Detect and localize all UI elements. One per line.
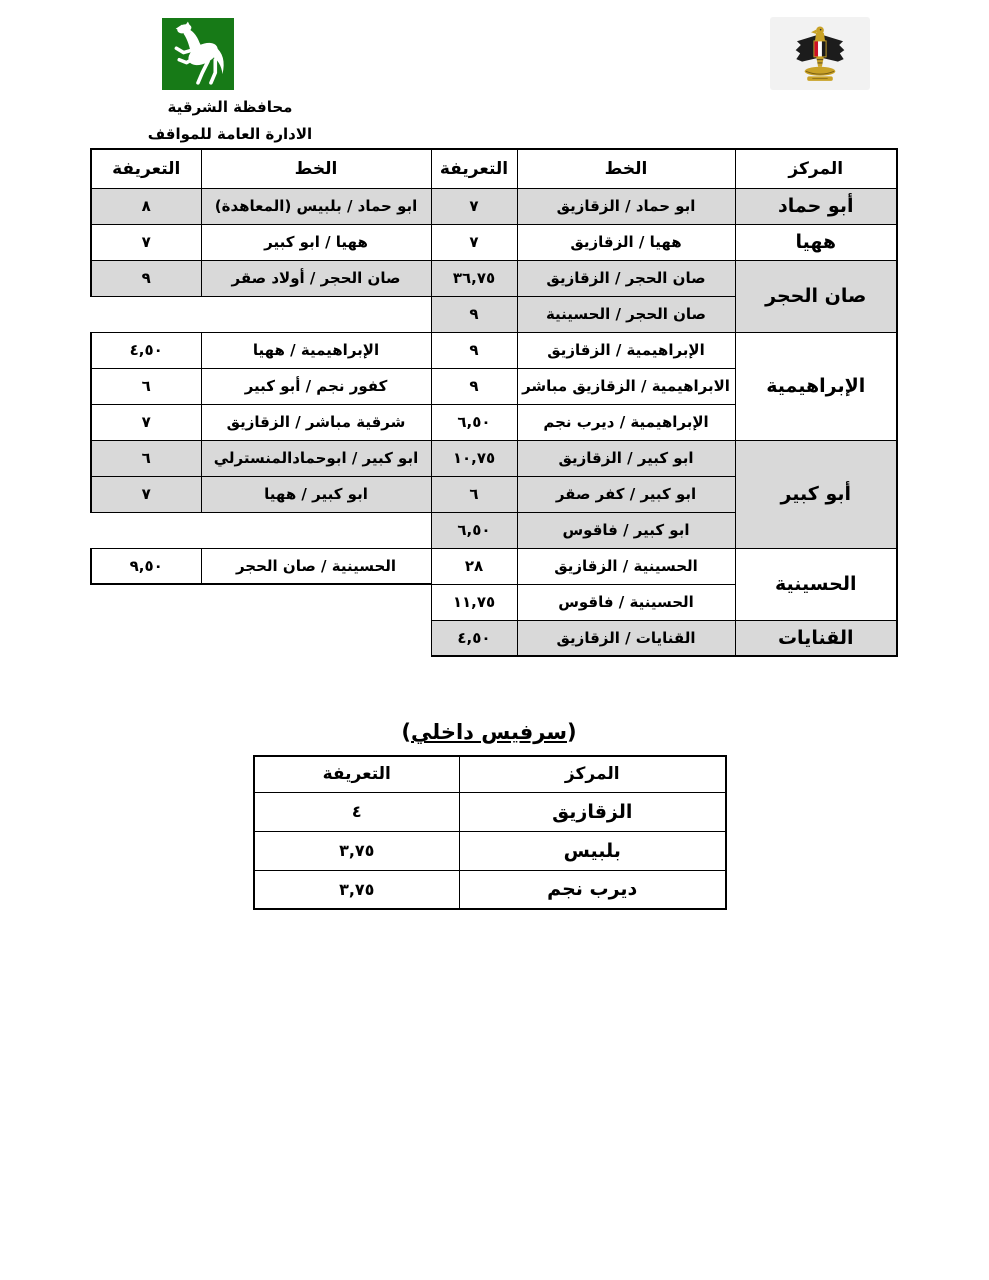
table-row: صان الحجر صان الحجر / الزقازيق ٣٦,٧٥ صان… bbox=[91, 260, 897, 296]
header-tariff: التعريفة bbox=[254, 756, 459, 792]
header-line-2: الخط bbox=[201, 149, 431, 188]
eagle-icon bbox=[788, 20, 852, 88]
tariff-cell: ٦ bbox=[91, 368, 201, 404]
route-cell: كفور نجم / أبو كبير bbox=[201, 368, 431, 404]
tariff-cell: ٦ bbox=[431, 476, 517, 512]
tariff-cell: ٩ bbox=[431, 296, 517, 332]
internal-service-header-row: المركز التعريفة bbox=[254, 756, 726, 792]
route-cell: ابو كبير / كفر صقر bbox=[517, 476, 735, 512]
table-row: الحسينية الحسينية / الزقازيق ٢٨ الحسينية… bbox=[91, 548, 897, 584]
header-line-1: الخط bbox=[517, 149, 735, 188]
tariff-cell: ٦,٥٠ bbox=[431, 512, 517, 548]
header-center: المركز bbox=[735, 149, 897, 188]
department-name: الادارة العامة للمواقف bbox=[110, 121, 350, 148]
center-cell: الإبراهيمية bbox=[735, 332, 897, 440]
tariff-cell: ٣,٧٥ bbox=[254, 870, 459, 909]
tariff-cell: ٣,٧٥ bbox=[254, 831, 459, 870]
tariff-cell: ٧ bbox=[91, 404, 201, 440]
tariff-cell: ٤,٥٠ bbox=[431, 620, 517, 656]
tariff-cell: ١١,٧٥ bbox=[431, 584, 517, 620]
center-cell: صان الحجر bbox=[735, 260, 897, 332]
tariff-cell: ٧ bbox=[91, 476, 201, 512]
header-center: المركز bbox=[459, 756, 726, 792]
tariff-cell: ٩ bbox=[431, 332, 517, 368]
tariff-cell: ٤ bbox=[254, 792, 459, 831]
center-cell: أبو حماد bbox=[735, 188, 897, 224]
header-tariff-2: التعريفة bbox=[91, 149, 201, 188]
tariff-cell: ١٠,٧٥ bbox=[431, 440, 517, 476]
route-cell: ههيا / الزقازيق bbox=[517, 224, 735, 260]
governorate-name: محافظة الشرقية bbox=[110, 94, 350, 121]
route-cell: ابو كبير / ابوحمادالمنسترلي bbox=[201, 440, 431, 476]
header-tariff-1: التعريفة bbox=[431, 149, 517, 188]
tariff-cell: ٨ bbox=[91, 188, 201, 224]
tariff-table: المركز الخط التعريفة الخط التعريفة أبو ح… bbox=[90, 148, 898, 657]
table-row: ديرب نجم ٣,٧٥ bbox=[254, 870, 726, 909]
document-page: { "header": { "governorate": "محافظة الش… bbox=[0, 0, 989, 1280]
route-cell: صان الحجر / الحسينية bbox=[517, 296, 735, 332]
route-cell: ابو كبير / فاقوس bbox=[517, 512, 735, 548]
center-cell: القنايات bbox=[735, 620, 897, 656]
internal-service-title: (سرفيس داخلي) bbox=[253, 720, 725, 744]
center-cell: ههيا bbox=[735, 224, 897, 260]
tariff-cell: ٧ bbox=[431, 224, 517, 260]
paren-open: ( bbox=[567, 720, 577, 744]
table-row: أبو كبير ابو كبير / الزقازيق ١٠,٧٥ ابو ك… bbox=[91, 440, 897, 476]
center-cell: الحسينية bbox=[735, 548, 897, 620]
title-text: سرفيس داخلي bbox=[411, 720, 567, 744]
route-cell: الإبراهيمية / ههيا bbox=[201, 332, 431, 368]
empty-cell bbox=[91, 620, 431, 656]
table-row: القنايات القنايات / الزقازيق ٤,٥٠ bbox=[91, 620, 897, 656]
table-row: أبو حماد ابو حماد / الزقازيق ٧ ابو حماد … bbox=[91, 188, 897, 224]
tariff-cell: ٢٨ bbox=[431, 548, 517, 584]
route-cell: شرقية مباشر / الزقازيق bbox=[201, 404, 431, 440]
tariff-cell: ٣٦,٧٥ bbox=[431, 260, 517, 296]
tariff-cell: ٩,٥٠ bbox=[91, 548, 201, 584]
route-cell: صان الحجر / أولاد صقر bbox=[201, 260, 431, 296]
route-cell: الحسينية / صان الحجر bbox=[201, 548, 431, 584]
paren-close: ) bbox=[401, 720, 411, 744]
center-cell: ديرب نجم bbox=[459, 870, 726, 909]
tariff-cell: ٩ bbox=[91, 260, 201, 296]
route-cell: الابراهيمية / الزقازيق مباشر bbox=[517, 368, 735, 404]
route-cell: صان الحجر / الزقازيق bbox=[517, 260, 735, 296]
tariff-table-header-row: المركز الخط التعريفة الخط التعريفة bbox=[91, 149, 897, 188]
route-cell: ابو كبير / الزقازيق bbox=[517, 440, 735, 476]
route-cell: ابو حماد / الزقازيق bbox=[517, 188, 735, 224]
center-cell: بلبيس bbox=[459, 831, 726, 870]
tariff-cell: ٦ bbox=[91, 440, 201, 476]
tariff-cell: ٩ bbox=[431, 368, 517, 404]
empty-cell bbox=[91, 512, 431, 548]
center-cell: الزقازيق bbox=[459, 792, 726, 831]
tariff-cell: ٦,٥٠ bbox=[431, 404, 517, 440]
empty-cell bbox=[91, 584, 431, 620]
route-cell: ههيا / ابو كبير bbox=[201, 224, 431, 260]
route-cell: القنايات / الزقازيق bbox=[517, 620, 735, 656]
org-header: محافظة الشرقية الادارة العامة للمواقف bbox=[110, 94, 350, 148]
table-row: الإبراهيمية الإبراهيمية / الزقازيق ٩ الإ… bbox=[91, 332, 897, 368]
tariff-cell: ٧ bbox=[431, 188, 517, 224]
table-row: بلبيس ٣,٧٥ bbox=[254, 831, 726, 870]
route-cell: الحسينية / فاقوس bbox=[517, 584, 735, 620]
route-cell: ابو كبير / ههيا bbox=[201, 476, 431, 512]
table-row: ههيا ههيا / الزقازيق ٧ ههيا / ابو كبير ٧ bbox=[91, 224, 897, 260]
table-row: الزقازيق ٤ bbox=[254, 792, 726, 831]
tariff-cell: ٧ bbox=[91, 224, 201, 260]
route-cell: الحسينية / الزقازيق bbox=[517, 548, 735, 584]
internal-service-table: المركز التعريفة الزقازيق ٤ بلبيس ٣,٧٥ دي… bbox=[253, 755, 727, 910]
center-cell: أبو كبير bbox=[735, 440, 897, 548]
sharqia-governorate-logo bbox=[160, 18, 236, 90]
empty-cell bbox=[91, 296, 431, 332]
horse-icon bbox=[160, 18, 236, 90]
egypt-state-emblem bbox=[770, 17, 870, 90]
route-cell: الإبراهيمية / ديرب نجم bbox=[517, 404, 735, 440]
route-cell: ابو حماد / بلبيس (المعاهدة) bbox=[201, 188, 431, 224]
route-cell: الإبراهيمية / الزقازيق bbox=[517, 332, 735, 368]
tariff-cell: ٤,٥٠ bbox=[91, 332, 201, 368]
